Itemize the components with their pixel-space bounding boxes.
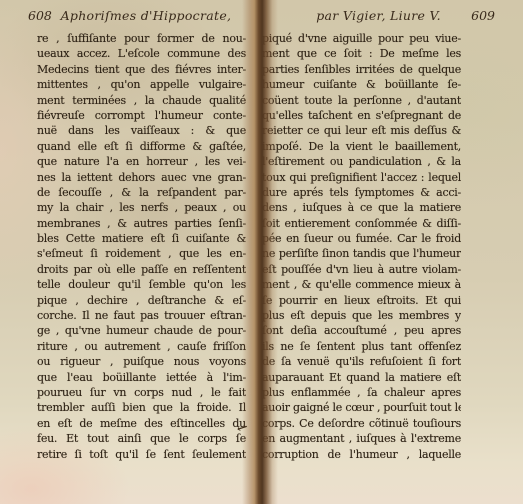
- text-line: nes la iettent dehors auec vne gran-: [37, 170, 246, 185]
- text-line: ueaux accez. L'eſcole commune des: [37, 46, 246, 61]
- text-line: feu. Et tout ainſi que le corps ſe: [37, 431, 246, 446]
- text-line: corps. Ce deſordre cõtinuë touſiours: [262, 416, 461, 431]
- text-line: parties ſenſibles irritées de quelque: [262, 62, 461, 77]
- text-line: telle douleur qu'il ſemble qu'on les: [37, 277, 246, 292]
- text-line: pique , dechire , deſtranche & eſ-: [37, 293, 246, 308]
- text-line: my la chair , les nerfs , peaux , ou: [37, 200, 246, 215]
- text-line: trembler auſſi bien que la froide. Il: [37, 400, 246, 415]
- text-line: que l'eau boüillante iettée à l'im-: [37, 370, 246, 385]
- text-line: riture , ou autrement , cauſe friſſon: [37, 339, 246, 354]
- left-page-header: 608 Aphoriſmes d'Hippocrate,: [0, 8, 250, 26]
- text-line: reietter ce qui leur eſt mis deſſus &: [262, 123, 461, 138]
- text-line: ſont deſia accouſtumé , peu apres: [262, 323, 461, 338]
- text-line: nuë dans les vaiſſeaux : & que: [37, 123, 246, 138]
- text-line: ge , qu'vne humeur chaude de pour-: [37, 323, 246, 338]
- text-line: qu'elles taſchent en s'eſpregnant de: [262, 108, 461, 123]
- text-line: ou rigueur , puiſque nous voyons: [37, 354, 246, 369]
- right-page-text: piqué d'vne aiguille pour peu viue-ment …: [256, 31, 523, 462]
- book-scan: 608 Aphoriſmes d'Hippocrate, re , ſuffiſ…: [0, 0, 523, 504]
- text-line: ſe pourrir en lieux eſtroits. Et qui: [262, 293, 461, 308]
- text-line: s'eſmeut ſi roidement , que les en-: [37, 246, 246, 261]
- text-line: de ſecouſſe , & la reſpandent par-: [37, 185, 246, 200]
- text-line: plus eſt depuis que les membres y: [262, 308, 461, 323]
- text-line: toux qui preſignifient l'accez : lequel: [262, 170, 461, 185]
- text-line: ils ne ſe ſentent plus tant offenſez: [262, 339, 461, 354]
- text-line: de ſa venuë qu'ils refuſoient ſi fort: [262, 354, 461, 369]
- right-page: par Vigier, Liure V. 609 piqué d'vne aig…: [256, 0, 523, 504]
- text-line: dens , iuſques à ce que la matiere: [262, 200, 461, 215]
- text-line: membranes , & autres parties ſenſi-: [37, 216, 246, 231]
- text-line: impoſé. De la vient le baaillement,: [262, 139, 461, 154]
- text-line: eſt pouſſée d'vn lieu à autre violam-: [262, 262, 461, 277]
- text-line: humeur cuiſante & boüillante ſe-: [262, 77, 461, 92]
- text-line: re , ſuffiſante pour former de nou-: [37, 31, 246, 46]
- text-line: dure aprés tels ſymptomes & acci-: [262, 185, 461, 200]
- text-line: pourueu ſur vn corps nud , le fait: [37, 385, 246, 400]
- left-page-text: re , ſuffiſante pour former de nou-ueaux…: [0, 31, 250, 462]
- text-line: mittentes , qu'on appelle vulgaire-: [37, 77, 246, 92]
- text-line: ſoit entierement conſommée & diſſi-: [262, 216, 461, 231]
- text-line: ne perſiſte ſinon tandis que l'humeur: [262, 246, 461, 261]
- text-line: fiévreuſe corrompt l'humeur conte-: [37, 108, 246, 123]
- text-line: ment terminées , la chaude qualité: [37, 93, 246, 108]
- text-line: plus enflammée , ſa chaleur apres: [262, 385, 461, 400]
- text-line: corruption de l'humeur , laquelle: [262, 447, 461, 462]
- left-page-number: 608: [28, 8, 52, 23]
- left-page: 608 Aphoriſmes d'Hippocrate, re , ſuffiſ…: [0, 0, 250, 504]
- text-line: bles Cette matiere eſt ſi cuiſante &: [37, 231, 246, 246]
- text-line: en eſt de meſme des eſtincelles du: [37, 416, 246, 431]
- right-page-number: 609: [471, 8, 495, 23]
- text-line: auoir gaigné le cœur , pourſuit tout le: [262, 400, 461, 415]
- text-line: en augmentant , iuſques à l'extreme: [262, 431, 461, 446]
- text-line: ment , & qu'elle commence mieux à: [262, 277, 461, 292]
- text-line: que nature l'a en horreur , les vei-: [37, 154, 246, 169]
- text-line: l'eſtirement ou pandiculation , & la: [262, 154, 461, 169]
- text-line: ment que ce ſoit : De meſme les: [262, 46, 461, 61]
- text-line: auparauant Et quand la matiere eſt: [262, 370, 461, 385]
- text-line: retire ſi toſt qu'il ſe ſent ſeulement: [37, 447, 246, 462]
- left-running-title: Aphoriſmes d'Hippocrate,: [52, 8, 240, 23]
- right-page-header: par Vigier, Liure V. 609: [256, 8, 523, 26]
- text-line: quand elle eſt ſi difforme & gaſtée,: [37, 139, 246, 154]
- text-line: coüent toute la perſonne , d'autant: [262, 93, 461, 108]
- text-line: corche. Il ne faut pas trouuer eſtran-: [37, 308, 246, 323]
- right-running-title: par Vigier, Liure V.: [286, 8, 471, 23]
- text-line: pée en ſueur ou fumée. Car le froid: [262, 231, 461, 246]
- text-line: droits par où elle paſſe en reſſentent: [37, 262, 246, 277]
- text-line: piqué d'vne aiguille pour peu viue-: [262, 31, 461, 46]
- text-line: Medecins tient que des fiévres inter-: [37, 62, 246, 77]
